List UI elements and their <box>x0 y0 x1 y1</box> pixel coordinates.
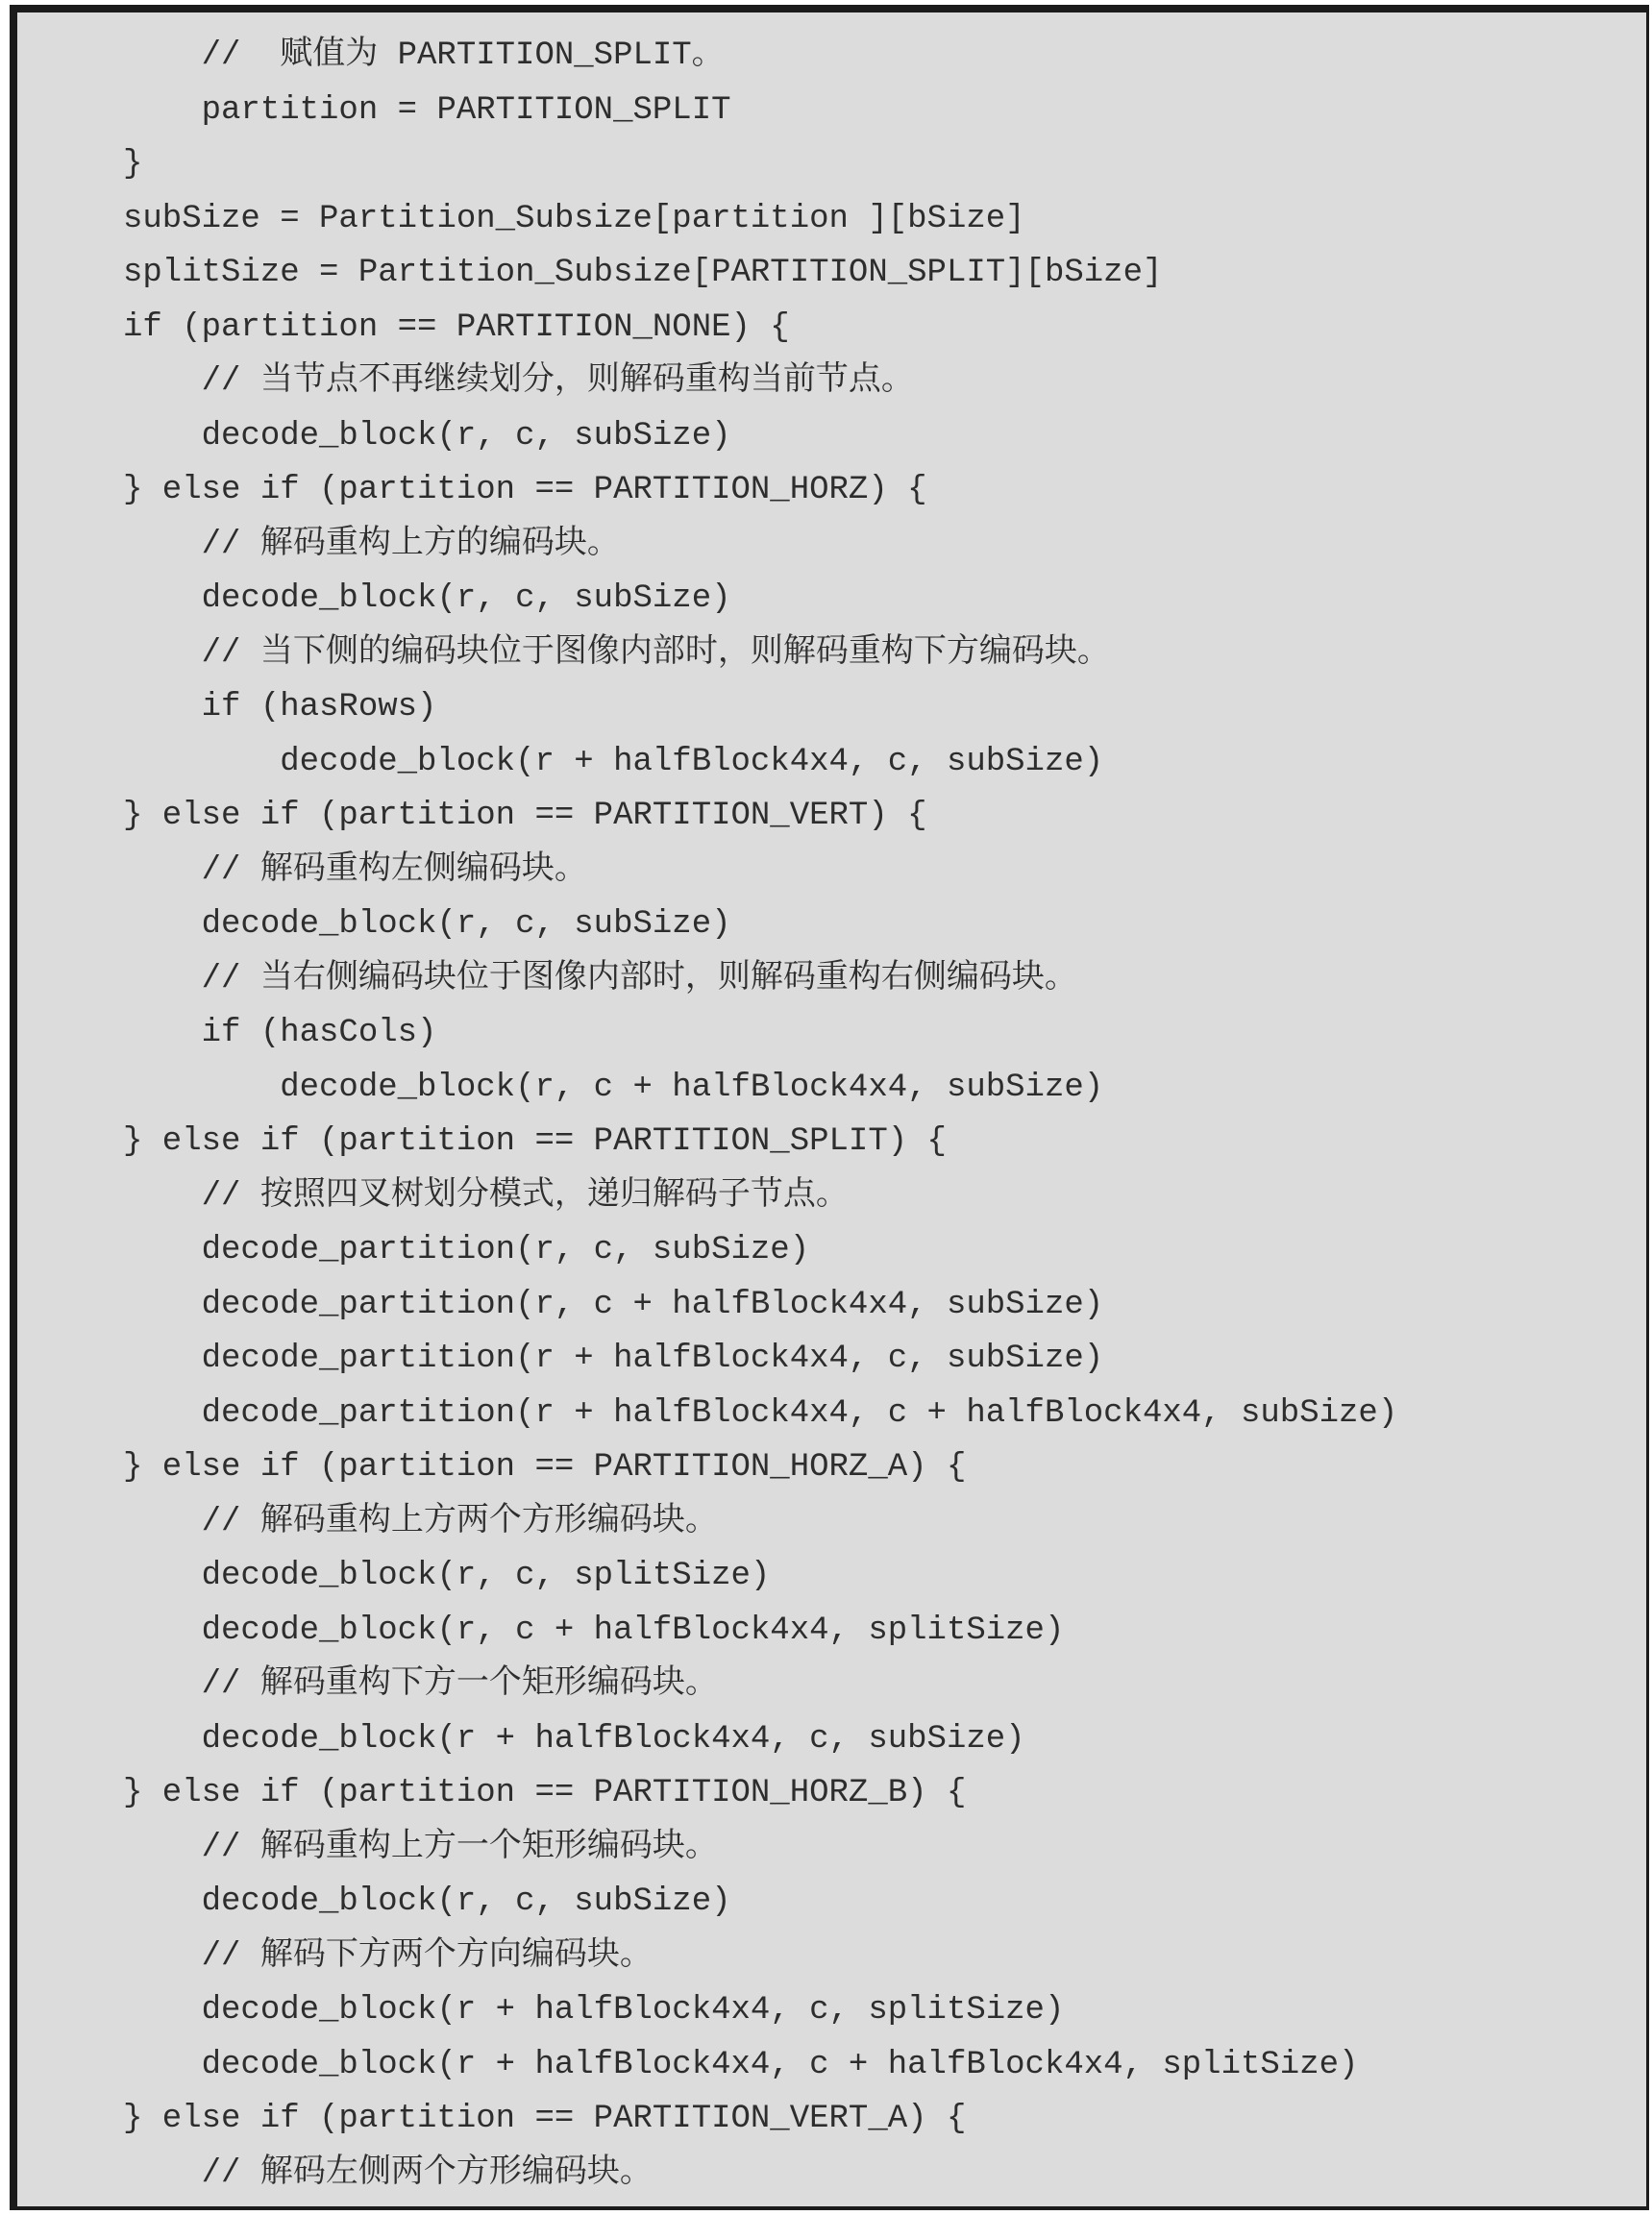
code-block: // 赋值为 PARTITION_SPLIT。 partition = PART… <box>17 12 1646 2208</box>
code-figure-frame: // 赋值为 PARTITION_SPLIT。 partition = PART… <box>10 5 1649 2210</box>
